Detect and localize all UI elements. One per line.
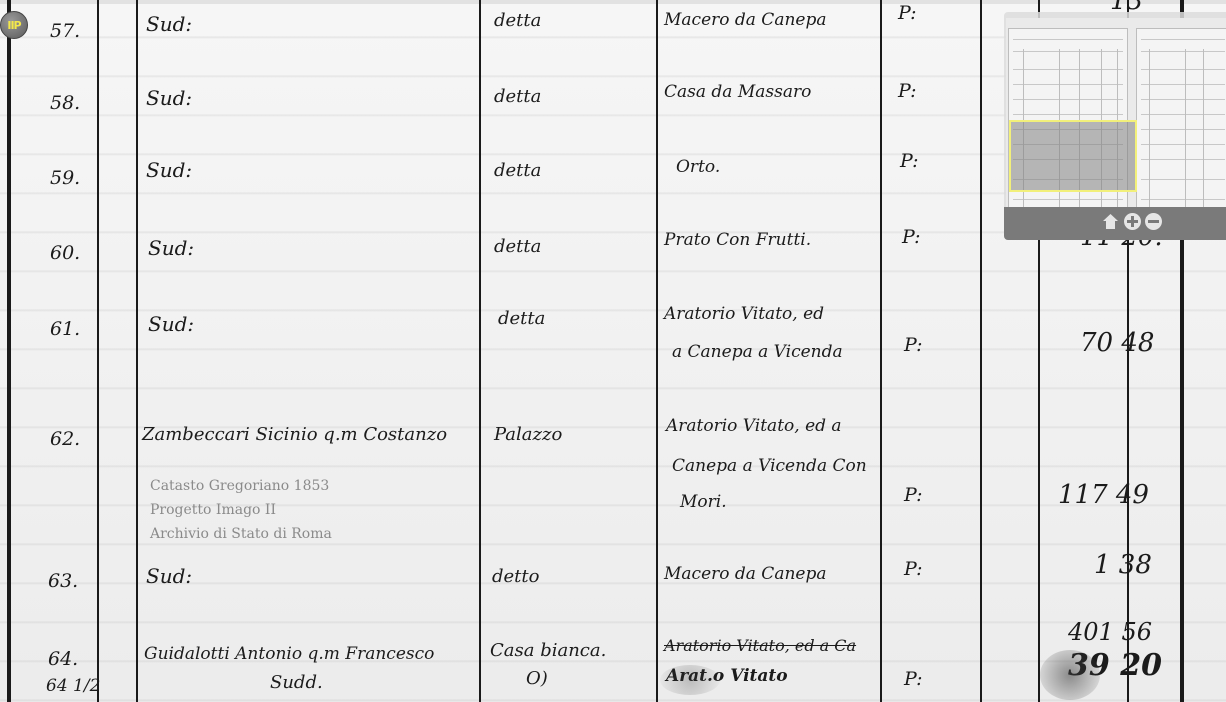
position: P: (904, 668, 923, 690)
parcel-number: 61. (50, 318, 80, 340)
parcel-number: 58. (50, 92, 80, 114)
position: P: (904, 484, 923, 506)
locality: Palazzo (494, 424, 562, 445)
column-rule (7, 0, 11, 702)
parcel-number: 63. (48, 570, 78, 592)
zoom-out-button[interactable] (1145, 213, 1162, 230)
column-rule (656, 0, 658, 702)
locality: detta (494, 160, 541, 181)
owner-name: Sud: (146, 12, 192, 36)
land-quality: Orto. (676, 157, 720, 177)
owner-name: Sud: (146, 86, 192, 110)
locality: detta (494, 10, 541, 31)
land-quality: Aratorio Vitato, ed (664, 304, 824, 324)
owner-name: Sud: (146, 158, 192, 182)
land-quality: Macero da Canepa (664, 564, 826, 584)
land-quality: Casa da Massaro (664, 82, 811, 102)
land-quality-continued: Canepa a Vicenda Con (672, 456, 867, 476)
column-rule (136, 0, 138, 702)
owner-name: Sud: (148, 236, 194, 260)
land-quality: Aratorio Vitato, ed a (666, 416, 842, 436)
amount: 1 38 (1094, 550, 1152, 580)
column-rule (880, 0, 882, 702)
column-rule (479, 0, 481, 702)
land-quality: Macero da Canepa (664, 10, 826, 30)
position: P: (900, 150, 919, 172)
locality-continued: O) (526, 668, 548, 689)
locality: Casa bianca. (490, 640, 606, 661)
owner-name: Sud: (146, 564, 192, 588)
amount: 70 48 (1080, 328, 1154, 358)
owner-name: Sud: (148, 312, 194, 336)
viewport-indicator[interactable] (1009, 120, 1137, 192)
home-button[interactable] (1102, 213, 1119, 230)
land-quality: Prato Con Frutti. (664, 230, 811, 250)
parcel-number: 60. (50, 242, 80, 264)
position: P: (898, 2, 917, 24)
watermark-line-2: Progetto Imago II (150, 498, 332, 522)
iip-logo-icon[interactable]: IIP (0, 11, 28, 39)
owner-name: Guidalotti Antonio q.m Francesco (144, 644, 434, 664)
parcel-number: 62. (50, 428, 80, 450)
navigator-minimap[interactable] (1004, 12, 1226, 240)
owner-name-continued: Sudd. (270, 672, 323, 693)
home-icon (1102, 213, 1119, 230)
parcel-number: 59. (50, 167, 80, 189)
parcel-number-sub: 64 1/2 (46, 676, 100, 696)
position: P: (904, 558, 923, 580)
thumbnail-page-right (1136, 28, 1226, 215)
position: P: (898, 80, 917, 102)
watermark-line-1: Catasto Gregoriano 1853 (150, 474, 332, 498)
top-edge (0, 0, 1226, 4)
locality: detta (494, 236, 541, 257)
locality: detta (494, 86, 541, 107)
watermark: Catasto Gregoriano 1853 Progetto Imago I… (150, 474, 332, 546)
amount: 117 49 (1058, 480, 1149, 510)
column-rule (980, 0, 982, 702)
land-quality-continued: Mori. (680, 492, 727, 512)
parcel-number: 57. (50, 20, 80, 42)
navigator-thumbnail[interactable] (1006, 18, 1226, 213)
land-quality-struck: Aratorio Vitato, ed a Ca (664, 636, 856, 655)
land-quality-continued: a Canepa a Vicenda (672, 342, 843, 362)
locality: detta (498, 308, 545, 329)
position: P: (904, 334, 923, 356)
locality: detto (492, 566, 539, 587)
watermark-line-3: Archivio di Stato di Roma (150, 522, 332, 546)
column-rule (97, 0, 99, 702)
position: P: (902, 226, 921, 248)
owner-name: Zambeccari Sicinio q.m Costanzo (142, 424, 447, 445)
navigator-toolbar (1004, 207, 1226, 240)
zoom-in-button[interactable] (1124, 213, 1141, 230)
amount: 401 56 (1068, 618, 1152, 646)
ink-smudge (660, 665, 720, 695)
ink-smudge (1040, 650, 1100, 700)
parcel-number: 64. (48, 648, 78, 670)
